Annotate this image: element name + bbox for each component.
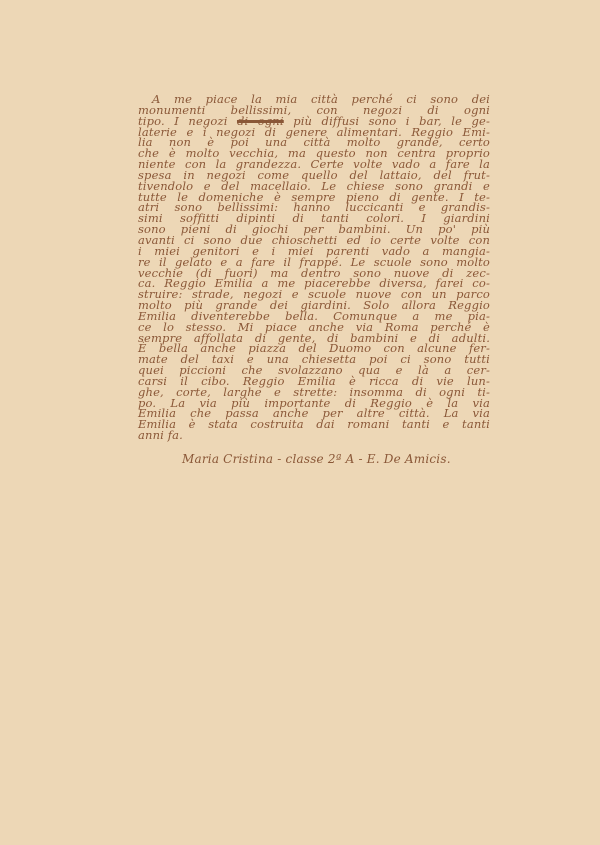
essay-text-segment: anni fa. [138,428,183,442]
essay-text-segment: Emilia è stata costruita dai romani tant… [138,417,490,431]
signature-line: Maria Cristina - classe 2ª A - E. De Ami… [182,452,451,466]
essay-line: anni fa. [138,430,490,441]
essay-body: A me piace la mia città perché ci sono d… [138,94,490,441]
scanned-essay-page: A me piace la mia città perché ci sono d… [0,0,600,845]
essay-line: Emilia è stata costruita dai romani tant… [138,419,490,430]
